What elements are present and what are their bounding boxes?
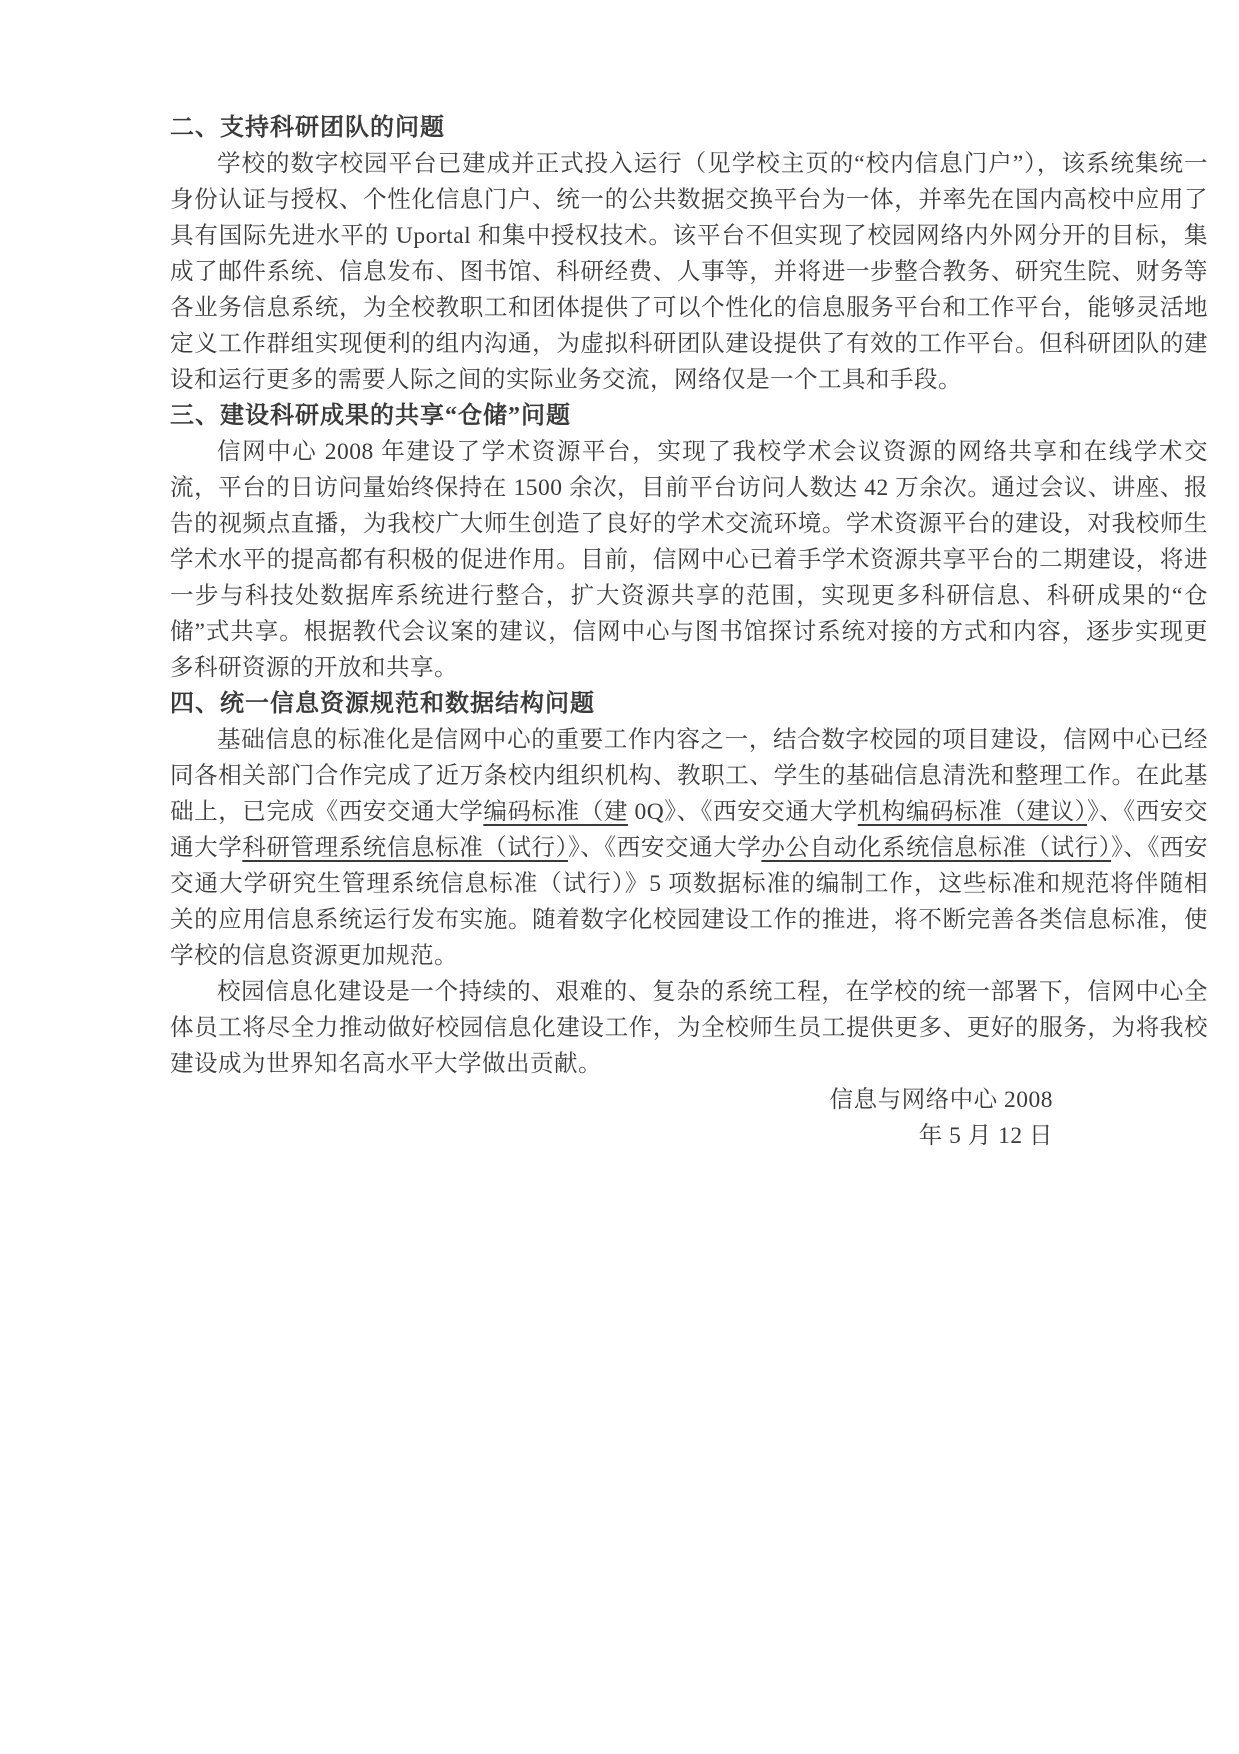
body-text: 校园信息化建设是一个持续的、艰难的、复杂的系统工程，在学校的统一部署下，信网中心…	[170, 979, 1208, 1077]
underlined-text: 机构编码标准（建议）	[858, 799, 1087, 825]
section-paragraph-4: 基础信息的标准化是信网中心的重要工作内容之一，结合数字校园的项目建设，信网中心已…	[170, 722, 1208, 974]
section-heading-2: 二、支持科研团队的问题	[170, 110, 1208, 146]
underlined-text: 编码标准（建	[483, 799, 628, 825]
section-paragraph-3: 信网中心 2008 年建设了学术资源平台，实现了我校学术会议资源的网络共享和在线…	[170, 434, 1208, 686]
section-paragraph-2: 学校的数字校园平台已建成并正式投入运行（见学校主页的“校内信息门户”），该系统集…	[170, 146, 1208, 398]
document-page: 二、支持科研团队的问题 学校的数字校园平台已建成并正式投入运行（见学校主页的“校…	[0, 0, 1239, 1754]
body-text: 》、《西安交通大学	[568, 835, 761, 861]
signature-date: 年 5 月 12 日	[170, 1118, 1053, 1154]
body-text: 学校的数字校园平台已建成并正式投入运行（见学校主页的“校内信息门户”），该系统集…	[170, 151, 1208, 393]
body-text: 0Q》、《西安交通大学	[628, 799, 858, 825]
document-content: 二、支持科研团队的问题 学校的数字校园平台已建成并正式投入运行（见学校主页的“校…	[170, 110, 1208, 1154]
signature-block: 信息与网络中心 2008 年 5 月 12 日	[170, 1082, 1208, 1154]
section-heading-3: 三、建设科研成果的共享“仓储”问题	[170, 398, 1208, 434]
section-heading-4: 四、统一信息资源规范和数据结构问题	[170, 686, 1208, 722]
underlined-text: 科研管理系统信息标准（试行）	[242, 835, 568, 861]
underlined-text: 办公自动化系统信息标准（试行）	[761, 835, 1111, 861]
closing-paragraph: 校园信息化建设是一个持续的、艰难的、复杂的系统工程，在学校的统一部署下，信网中心…	[170, 974, 1208, 1082]
signature-org-year: 信息与网络中心 2008	[170, 1082, 1053, 1118]
body-text: 信网中心 2008 年建设了学术资源平台，实现了我校学术会议资源的网络共享和在线…	[170, 439, 1208, 681]
